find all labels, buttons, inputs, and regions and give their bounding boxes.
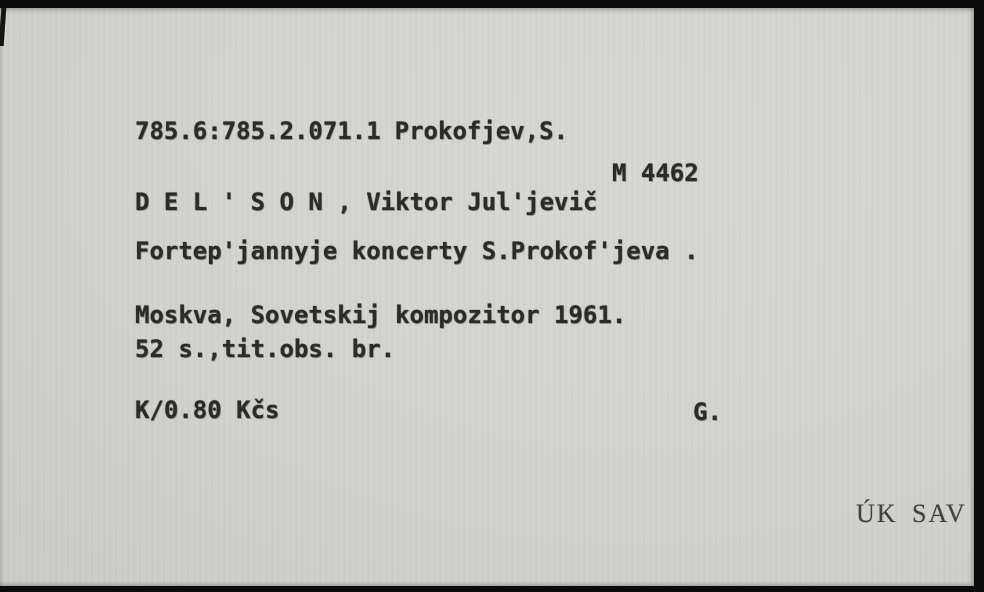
catalog-card-scan: 785.6:785.2.071.1Prokofjev,S. M 4462 D E… [0,0,984,592]
shelf-mark: M 4462 [612,160,699,186]
title-line: Fortep'jannyje koncerty S.Prokof'jeva . [135,238,699,264]
imprint-line: Moskva, Sovetskij kompozitor 1961. [135,302,626,328]
price-line: K/0.80 Kčs [135,397,280,423]
udc-classification: 785.6:785.2.071.1 [135,117,381,145]
collation-line: 52 s.,tit.obs. br. [135,336,395,362]
classification-line: 785.6:785.2.071.1Prokofjev,S. [135,118,568,144]
annotation-mark: G. [693,399,722,425]
catalog-card: 785.6:785.2.071.1Prokofjev,S. M 4462 D E… [0,8,974,586]
author-line: D E L ' S O N , Viktor Jul'jevič [135,189,597,215]
library-stamp: ÚK SAV [856,499,967,529]
author-heading: Prokofjev,S. [395,117,568,145]
